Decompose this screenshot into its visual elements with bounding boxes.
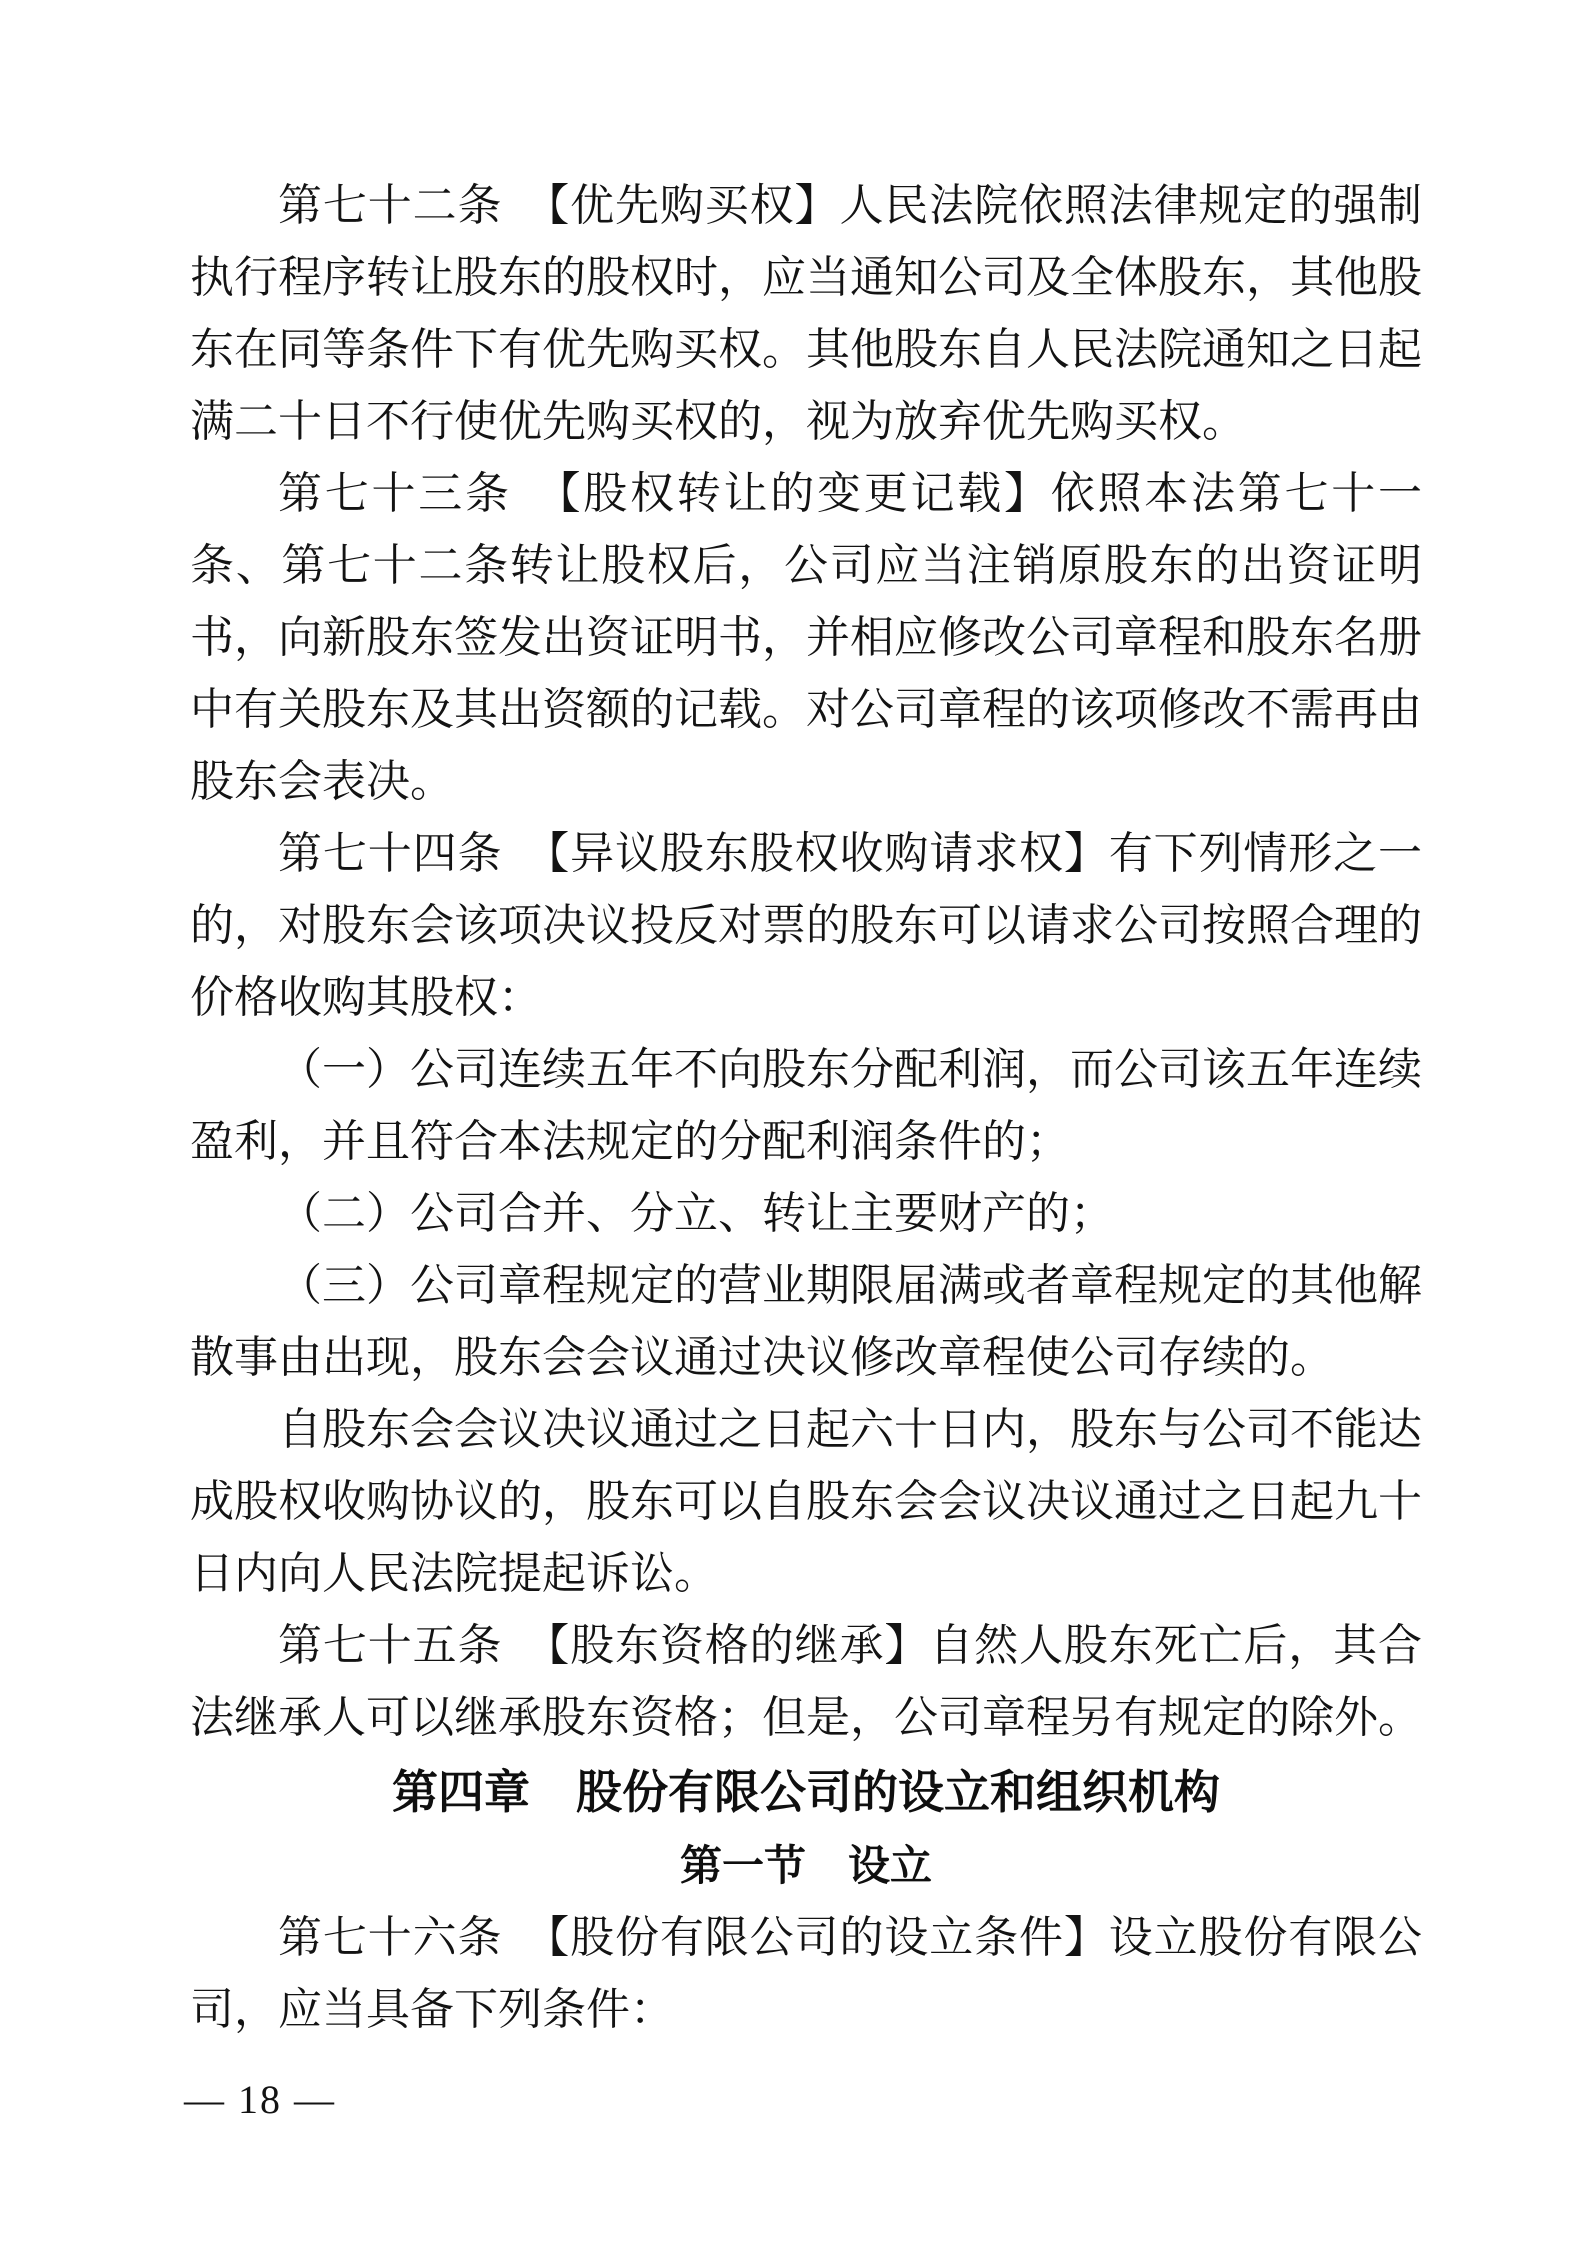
page-number: — 18 — [184, 2077, 336, 2122]
article-74-intro-paragraph: 第七十四条 【异议股东股权收购请求权】有下列情形之一的，对股东会该项决议投反对票… [190, 818, 1422, 1034]
page-footer: — 18 — [184, 2078, 336, 2122]
document-page: 第七十二条 【优先购买权】人民法院依照法律规定的强制执行程序转让股东的股权时，应… [0, 0, 1587, 2245]
article-74-item-2: （二）公司合并、分立、转让主要财产的； [190, 1178, 1422, 1250]
article-76-paragraph: 第七十六条 【股份有限公司的设立条件】设立股份有限公司，应当具备下列条件： [190, 1902, 1422, 2046]
article-75-paragraph: 第七十五条 【股东资格的继承】自然人股东死亡后，其合法继承人可以继承股东资格；但… [190, 1610, 1422, 1754]
article-73-paragraph: 第七十三条 【股权转让的变更记载】依照本法第七十一条、第七十二条转让股权后，公司… [190, 458, 1422, 818]
article-74-closing-paragraph: 自股东会会议决议通过之日起六十日内，股东与公司不能达成股权收购协议的，股东可以自… [190, 1394, 1422, 1610]
chapter-4-heading: 第四章 股份有限公司的设立和组织机构 [190, 1754, 1422, 1830]
section-1-heading: 第一节 设立 [190, 1830, 1422, 1902]
article-72-paragraph: 第七十二条 【优先购买权】人民法院依照法律规定的强制执行程序转让股东的股权时，应… [190, 170, 1422, 458]
article-74-item-1: （一）公司连续五年不向股东分配利润，而公司该五年连续盈利，并且符合本法规定的分配… [190, 1034, 1422, 1178]
law-text-block: 第七十二条 【优先购买权】人民法院依照法律规定的强制执行程序转让股东的股权时，应… [190, 170, 1422, 2046]
article-74-item-3: （三）公司章程规定的营业期限届满或者章程规定的其他解散事由出现，股东会会议通过决… [190, 1250, 1422, 1394]
